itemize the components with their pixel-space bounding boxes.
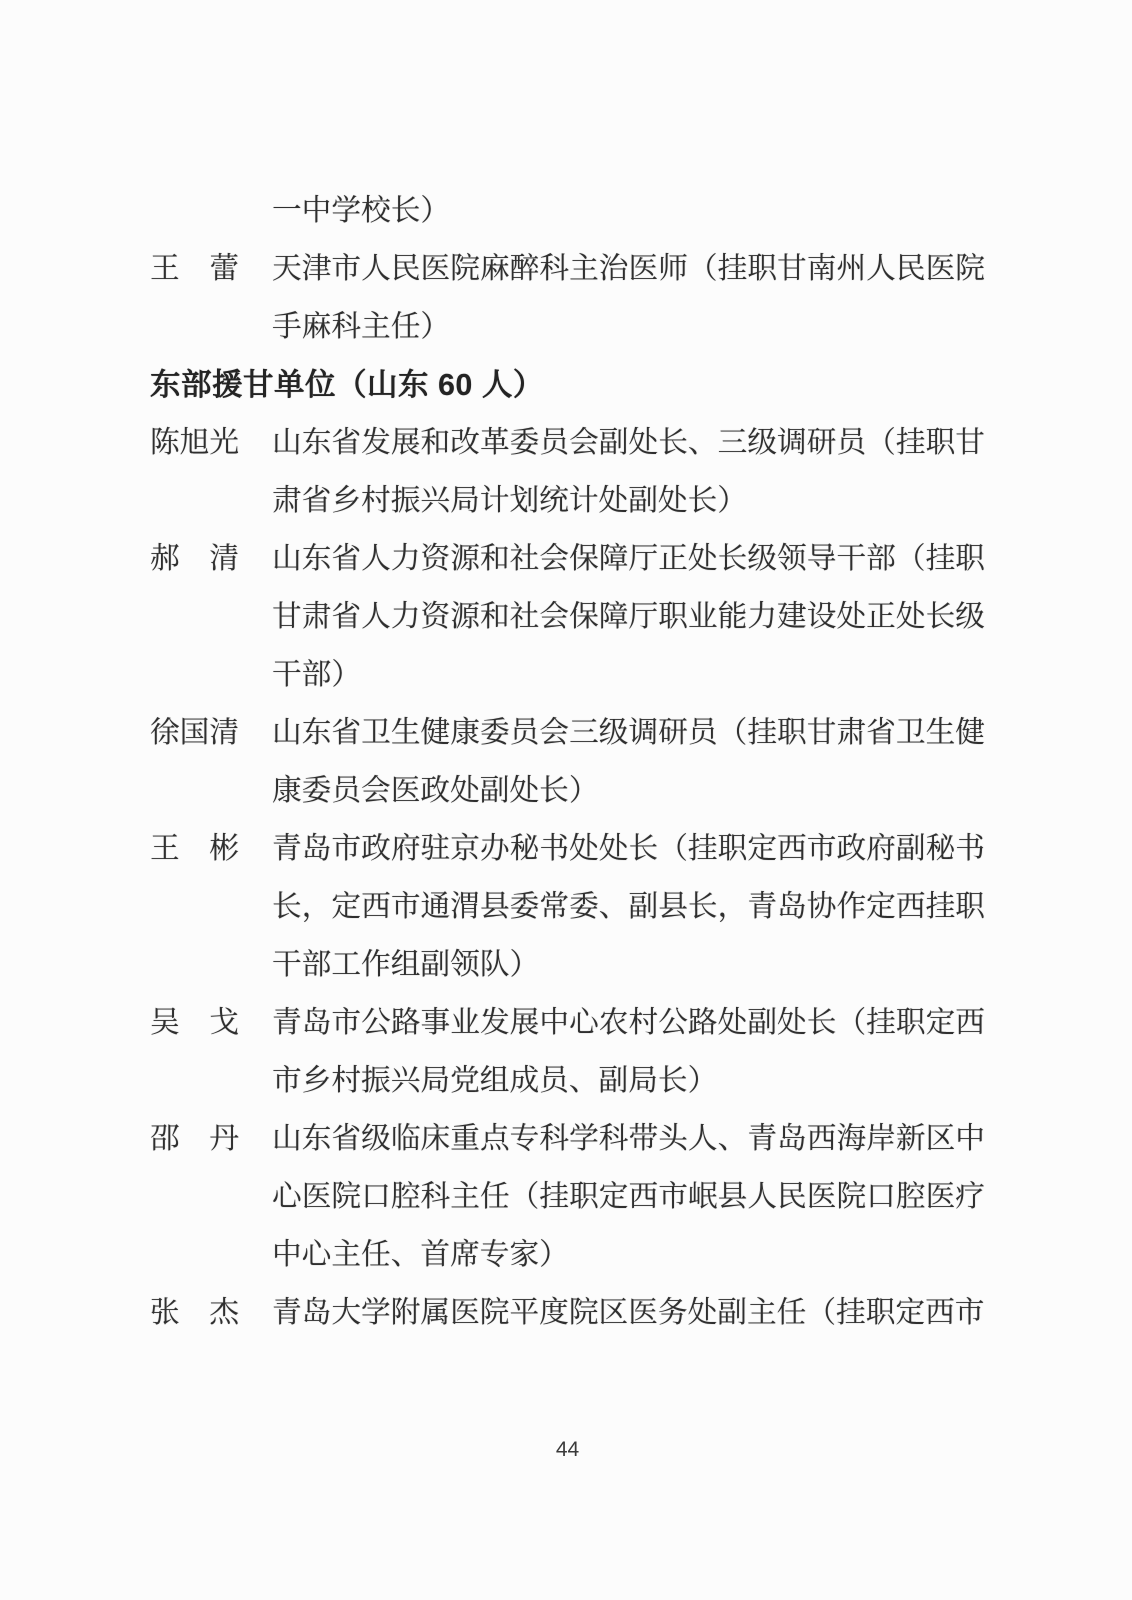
person-name: 陈旭光 (150, 414, 245, 472)
person-name: 吴 戈 (150, 994, 245, 1052)
person-name: 徐国清 (150, 704, 245, 762)
continuation-text: 一中学校长） (272, 182, 985, 240)
section-header: 东部援甘单位（山东 60 人） (150, 356, 985, 414)
person-description: 山东省级临床重点专科学科带头人、青岛西海岸新区中心医院口腔科主任（挂职定西市岷县… (272, 1110, 985, 1284)
person-description: 山东省人力资源和社会保障厅正处长级领导干部（挂职甘肃省人力资源和社会保障厅职业能… (272, 530, 985, 704)
person-description: 天津市人民医院麻醉科主治医师（挂职甘南州人民医院手麻科主任） (272, 240, 985, 356)
person-description: 青岛市政府驻京办秘书处处长（挂职定西市政府副秘书长，定西市通渭县委常委、副县长，… (272, 820, 985, 994)
person-name: 王 彬 (150, 820, 245, 878)
entry-wu-ge: 吴 戈 青岛市公路事业发展中心农村公路处副处长（挂职定西市乡村振兴局党组成员、副… (150, 994, 985, 1110)
entry-xu-guoqing: 徐国清 山东省卫生健康委员会三级调研员（挂职甘肃省卫生健康委员会医政处副处长） (150, 704, 985, 820)
document-content: 一中学校长） 王 蕾 天津市人民医院麻醉科主治医师（挂职甘南州人民医院手麻科主任… (150, 182, 985, 1462)
person-name: 王 蕾 (150, 240, 245, 298)
person-description: 青岛大学附属医院平度院区医务处副主任（挂职定西市 (272, 1284, 985, 1342)
person-name: 邵 丹 (150, 1110, 245, 1168)
continuation-entry: 一中学校长） (150, 182, 985, 240)
entry-wang-lei: 王 蕾 天津市人民医院麻醉科主治医师（挂职甘南州人民医院手麻科主任） (150, 240, 985, 356)
page-number: 44 (150, 1438, 985, 1462)
person-description: 青岛市公路事业发展中心农村公路处副处长（挂职定西市乡村振兴局党组成员、副局长） (272, 994, 985, 1110)
entry-chen-xuguang: 陈旭光 山东省发展和改革委员会副处长、三级调研员（挂职甘肃省乡村振兴局计划统计处… (150, 414, 985, 530)
person-name: 郝 清 (150, 530, 245, 588)
entry-hao-qing: 郝 清 山东省人力资源和社会保障厅正处长级领导干部（挂职甘肃省人力资源和社会保障… (150, 530, 985, 704)
entry-wang-bin: 王 彬 青岛市政府驻京办秘书处处长（挂职定西市政府副秘书长，定西市通渭县委常委、… (150, 820, 985, 994)
entry-shao-dan: 邵 丹 山东省级临床重点专科学科带头人、青岛西海岸新区中心医院口腔科主任（挂职定… (150, 1110, 985, 1284)
person-description: 山东省发展和改革委员会副处长、三级调研员（挂职甘肃省乡村振兴局计划统计处副处长） (272, 414, 985, 530)
entry-zhang-jie: 张 杰 青岛大学附属医院平度院区医务处副主任（挂职定西市 (150, 1284, 985, 1342)
document-page: 一中学校长） 王 蕾 天津市人民医院麻醉科主治医师（挂职甘南州人民医院手麻科主任… (0, 0, 1132, 1600)
person-description: 山东省卫生健康委员会三级调研员（挂职甘肃省卫生健康委员会医政处副处长） (272, 704, 985, 820)
person-name: 张 杰 (150, 1284, 245, 1342)
